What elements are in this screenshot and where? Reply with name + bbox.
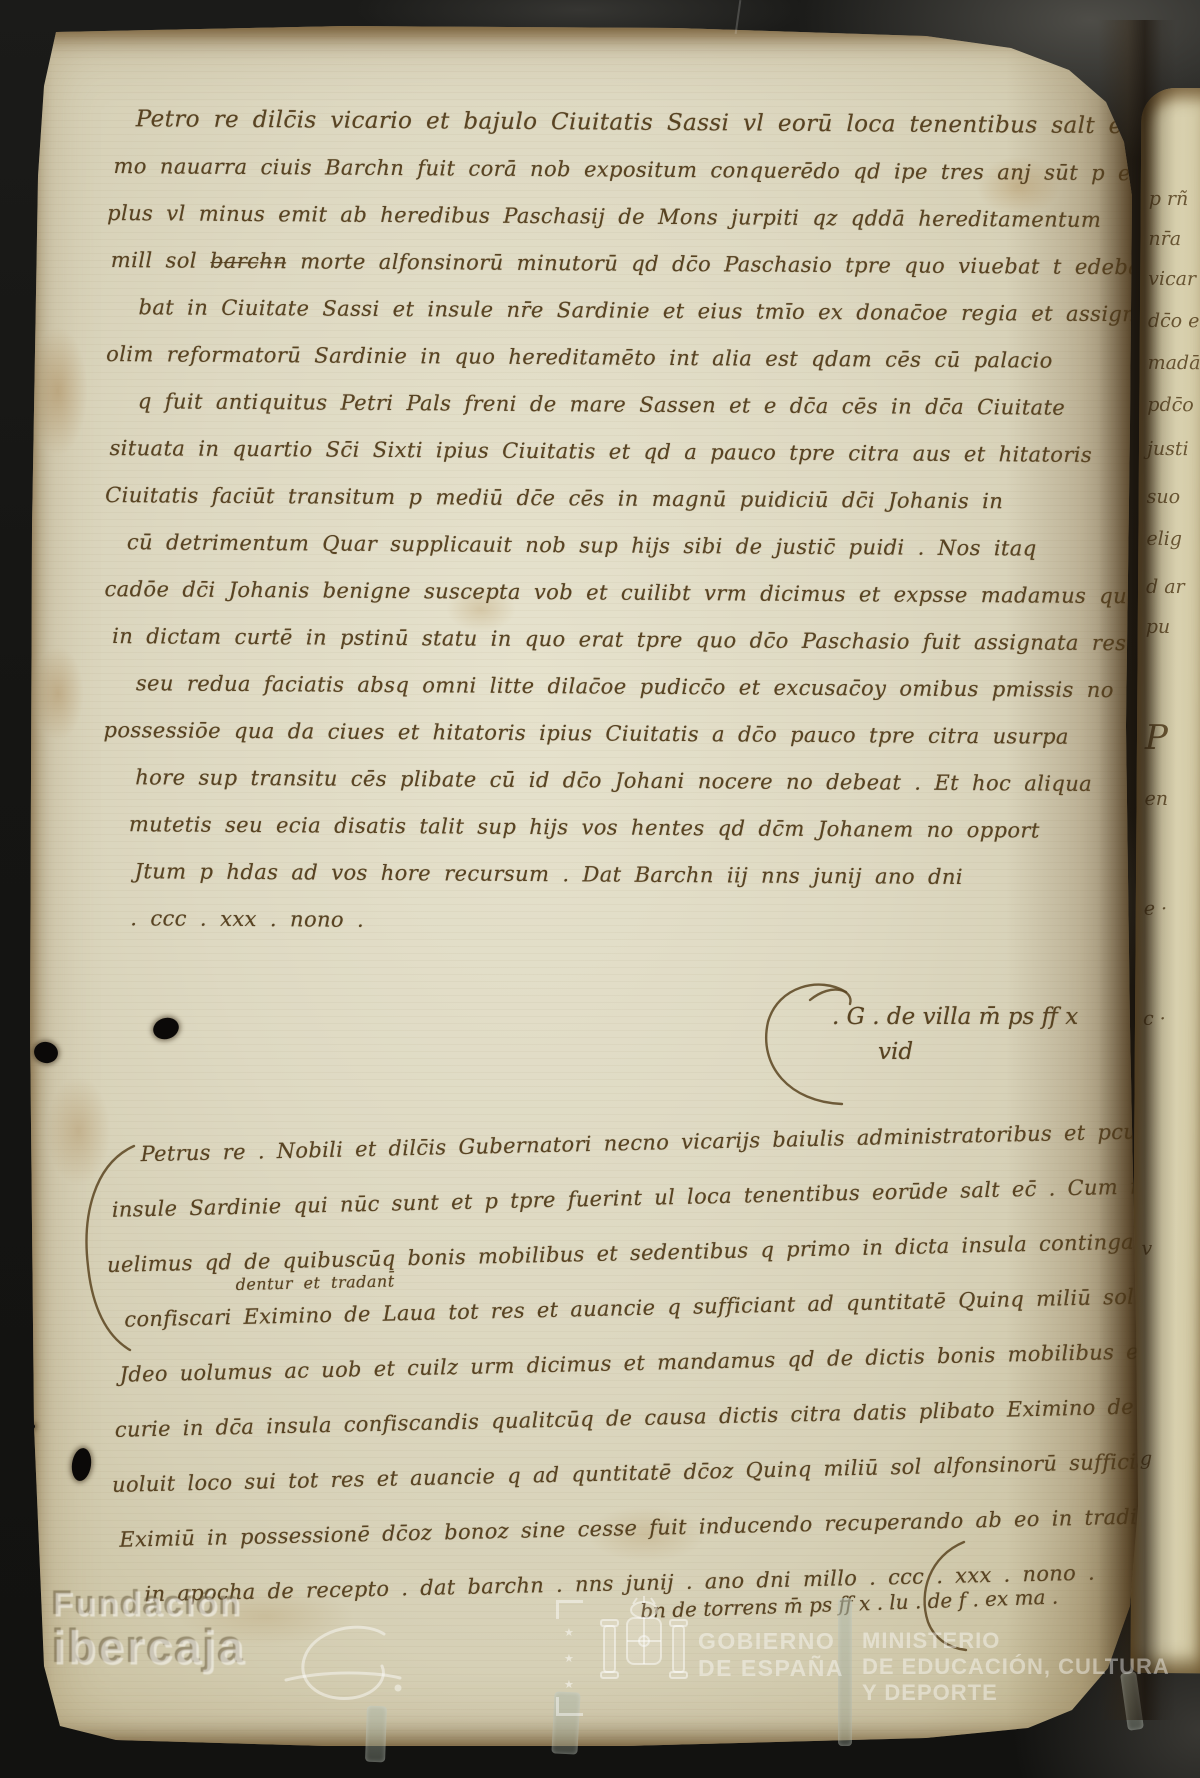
manuscript-line: olim reformatorū Sardinie in quo heredit… — [104, 331, 1119, 385]
manuscript-line: Petro re dilc̄is vicario et bajulo Ciuit… — [106, 96, 1121, 150]
latin-text-block-1: Petro re dilc̄is vicario et bajulo Ciuit… — [100, 96, 1121, 949]
next-folio-text-fragment: v — [1141, 1238, 1152, 1260]
gobierno-line1: GOBIERNO — [698, 1628, 844, 1655]
ministerio-line2: DE EDUCACIÓN, CULTURA — [862, 1654, 1170, 1680]
ibercaja-watermark: Fundación ibercaja — [52, 1585, 246, 1670]
next-folio-text-fragment: c · — [1143, 1008, 1166, 1030]
bracket-ornament — [556, 1600, 583, 1619]
next-folio-page-edge: p rñ nr̄a vicar dc̄o e madā pdc̄o justi … — [1130, 88, 1200, 1673]
manuscript-line: mutetis seu ecia disatis talit sup hijs … — [101, 801, 1116, 855]
archive-photo-canvas: p rñ nr̄a vicar dc̄o e madā pdc̄o justi … — [0, 0, 1200, 1778]
manuscript-line: situata in quartio Sc̄i Sixti ipius Ciui… — [103, 425, 1118, 479]
next-folio-text-fragment: e · — [1144, 898, 1167, 920]
ibercaja-watermark-line1: Fundación — [52, 1585, 246, 1624]
interlinear-addition: dentur et tradant̄ — [235, 1271, 394, 1294]
next-folio-text-fragment: pu — [1146, 616, 1171, 638]
ministerio-line3: Y DEPORTE — [862, 1680, 1170, 1706]
next-folio-text-fragment: madā — [1148, 352, 1200, 374]
paper-stain — [46, 1076, 111, 1186]
gobierno-espana-watermark: ★ ★ ★ GOBIERNO DE ESPAÑA — [556, 1596, 844, 1720]
paper-stain — [28, 326, 88, 456]
star-icon: ★ — [564, 1626, 574, 1639]
latin-text-block-2: dentur et tradant̄ Petrus re . Nobili et… — [104, 1105, 1120, 1623]
manuscript-line: in dictam curtē in pstinū statu in quo e… — [102, 613, 1117, 667]
manuscript-line: q fuit antiquitus Petri Pals freni de ma… — [104, 378, 1119, 432]
next-folio-text-fragment: nr̄a — [1148, 228, 1181, 250]
manuscript-line: Ciuitatis faciūt transitum p mediū dc̄e … — [103, 472, 1118, 526]
manuscript-line: possessiōe qua da ciues et hitatoris ipi… — [101, 707, 1116, 761]
gobierno-line2: DE ESPAÑA — [698, 1655, 844, 1682]
next-folio-text-fragment: justi — [1147, 438, 1189, 460]
manuscript-page: Petro re dilc̄is vicario et bajulo Ciuit… — [26, 26, 1144, 1752]
paper-stain — [32, 646, 84, 741]
next-folio-text-fragment: pdc̄o — [1147, 394, 1194, 416]
manuscript-line: plus vl minus emit ab heredibus Paschasi… — [105, 190, 1120, 244]
worm-hole — [150, 1014, 181, 1042]
bracket-ornament — [556, 1697, 583, 1716]
star-icon: ★ — [564, 1678, 574, 1691]
ministerio-watermark: MINISTERIO DE EDUCACIÓN, CULTURA Y DEPOR… — [862, 1628, 1170, 1706]
manuscript-line: mo nauarra ciuis Barchn fuit corā nob ex… — [105, 143, 1120, 197]
ibercaja-watermark-line2: ibercaja — [52, 1624, 246, 1670]
manuscript-line: seu redua faciatis absq omni litte dilac… — [102, 660, 1117, 714]
manuscript-line: Jtum p hdas ad vos hore recursum . Dat B… — [100, 848, 1115, 902]
next-folio-text-fragment: d ar — [1146, 576, 1185, 598]
flag-stars-icon: ★ ★ ★ — [556, 1596, 590, 1720]
next-folio-text-fragment: elig — [1146, 528, 1182, 550]
manuscript-line: mill sol b̶a̶r̶c̶h̶n̶ morte alfonsinorū … — [105, 237, 1120, 291]
next-folio-text-fragment: vicar — [1148, 268, 1196, 290]
worm-hole — [70, 1447, 93, 1482]
next-folio-text-fragment: g — [1140, 1448, 1152, 1470]
next-folio-text-fragment: en — [1144, 788, 1168, 810]
ministerio-line1: MINISTERIO — [862, 1628, 1170, 1654]
next-folio-text-fragment: p rñ — [1149, 188, 1189, 210]
ibercaja-logo-icon — [266, 1618, 406, 1718]
next-folio-text-fragment: P — [1145, 718, 1168, 758]
worm-hole — [30, 1424, 35, 1429]
signature-line: vid — [832, 1035, 1078, 1070]
next-folio-text-fragment: dc̄o e — [1148, 310, 1200, 332]
spain-coat-of-arms-icon — [600, 1596, 688, 1706]
signature-line: . G . de villa m̄ ps ff x — [832, 1000, 1078, 1035]
manuscript-line: hore sup transitu cēs plibate cū id dc̄o… — [101, 754, 1116, 808]
star-icon: ★ — [564, 1652, 574, 1665]
manuscript-year-line: . ccc . xxx . nono . — [100, 895, 1115, 949]
manuscript-line: cū detrimentum Quar supplicauit nob sup … — [103, 519, 1118, 573]
gobierno-watermark-text: GOBIERNO DE ESPAÑA — [698, 1628, 844, 1682]
chancery-signature-1: . G . de villa m̄ ps ff x vid — [832, 1000, 1078, 1069]
manuscript-line: cadōe dc̄i Johanis benigne suscepta vob … — [102, 566, 1117, 620]
photo-scratch — [735, 0, 742, 34]
manuscript-line: bat in Ciuitate Sassi et insule nr̄e Sar… — [104, 284, 1119, 338]
worm-hole — [32, 1040, 60, 1066]
next-folio-text-fragment: suo — [1147, 486, 1181, 508]
